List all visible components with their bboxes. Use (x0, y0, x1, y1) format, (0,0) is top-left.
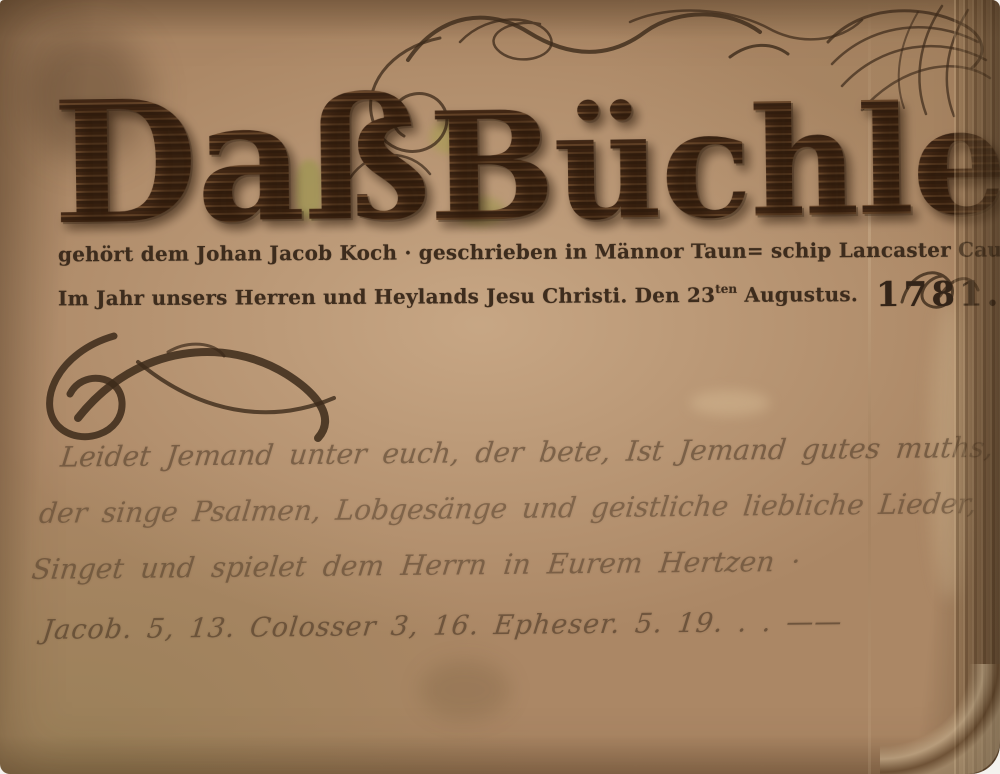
manuscript-scan: Daß Büchlein gehört dem Johan Jacob Koch… (0, 0, 1000, 774)
verse-line-references: Jacob. 5, 13. Colosser 3, 16. Epheser. 5… (41, 606, 844, 645)
verse-line: Singet und spielet dem Herrn in Eurem He… (30, 545, 802, 586)
worn-corner (880, 664, 1000, 774)
book-fore-edge (954, 0, 1000, 774)
verse-line: Leidet Jemand unter euch, der bete, Ist … (59, 431, 995, 474)
aged-paper-page: Daß Büchlein gehört dem Johan Jacob Koch… (0, 0, 1000, 774)
verse-block: Leidet Jemand unter euch, der bete, Ist … (0, 0, 1000, 774)
verse-line: der singe Psalmen, Lobgesänge und geistl… (37, 487, 978, 530)
